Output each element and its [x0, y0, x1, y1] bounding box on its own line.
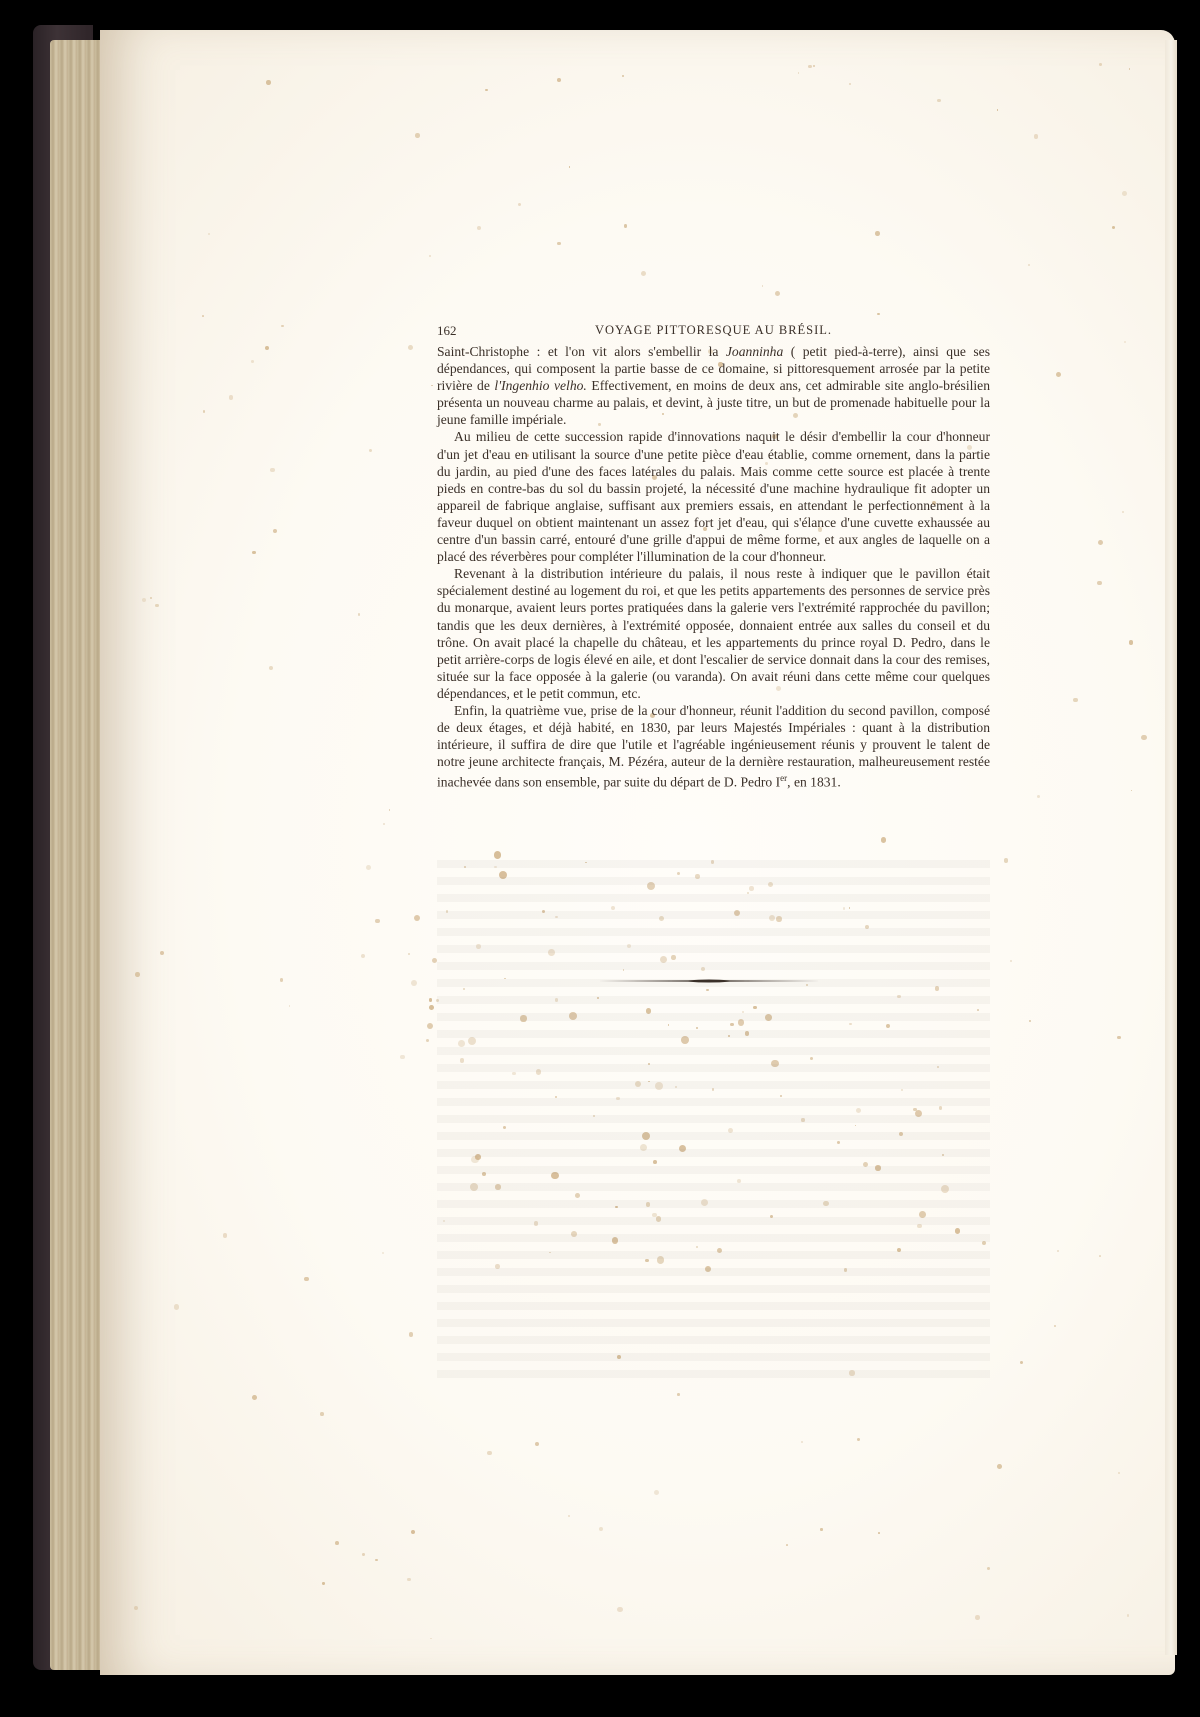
foxing-spot — [142, 598, 146, 602]
foxing-spot — [820, 1528, 822, 1530]
foxing-spot — [798, 72, 800, 74]
foxing-spot — [203, 410, 205, 412]
paragraph: Revenant à la distribution intérieure du… — [437, 565, 990, 702]
foxing-spot — [1020, 1361, 1023, 1364]
foxing-spot — [400, 1055, 405, 1060]
foxing-spot — [1127, 1614, 1130, 1617]
foxing-spot — [431, 385, 433, 387]
foxing-spot — [383, 823, 385, 825]
foxing-spot — [304, 1277, 309, 1282]
foxing-spot — [937, 99, 940, 102]
foxing-spot — [1098, 540, 1103, 545]
italic-text: Joanninha — [726, 344, 783, 359]
foxing-spot — [411, 980, 417, 986]
paragraph: Au milieu de cette succession rapide d'i… — [437, 428, 990, 565]
foxing-spot — [1097, 581, 1101, 585]
foxing-spot — [281, 325, 284, 328]
running-title: VOYAGE PITTORESQUE AU BRÉSIL. — [437, 322, 990, 339]
foxing-spot — [654, 1490, 659, 1495]
text-run: Au milieu de cette succession rapide d'i… — [437, 429, 990, 564]
body-paragraphs: Saint-Christophe : et l'on vit alors s'e… — [437, 343, 990, 791]
foxing-spot — [813, 65, 815, 67]
foxing-spot — [135, 972, 140, 977]
foxing-spot — [411, 1530, 415, 1534]
tail-ornament-rule — [598, 978, 820, 984]
foxing-spot — [1129, 640, 1133, 644]
foxing-spot — [557, 78, 561, 82]
foxing-spot — [362, 1553, 365, 1556]
foxing-spot — [335, 1541, 339, 1545]
paragraph: Saint-Christophe : et l'on vit alors s'e… — [437, 343, 990, 428]
foxing-spot — [677, 1393, 680, 1396]
foxing-spot — [1099, 1255, 1101, 1257]
foxing-spot — [1034, 134, 1038, 138]
foxing-spot — [641, 271, 646, 276]
show-through-text — [437, 860, 990, 1380]
foxing-spot — [849, 83, 851, 85]
foxing-spot — [252, 1395, 257, 1400]
foxing-spot — [174, 1304, 179, 1309]
foxing-spot — [1056, 372, 1061, 377]
foxing-spot — [322, 1582, 324, 1584]
foxing-spot — [320, 1412, 324, 1416]
foxing-spot — [382, 1252, 384, 1254]
foxing-spot — [599, 1527, 603, 1531]
foxing-spot — [1122, 511, 1124, 513]
foxing-spot — [878, 1532, 880, 1534]
foxing-spot — [808, 65, 811, 68]
foxing-spot — [407, 1578, 410, 1581]
foxing-spot — [487, 1451, 491, 1455]
foxing-spot — [786, 1544, 788, 1546]
foxing-spot — [877, 313, 879, 315]
foxing-spot — [494, 851, 501, 858]
foxing-spot — [1118, 1472, 1120, 1474]
book-page — [100, 30, 1175, 1675]
text-run: Saint-Christophe : et l'on vit alors s'e… — [437, 344, 726, 359]
foxing-spot — [429, 1005, 434, 1010]
text-run: Revenant à la distribution intérieure du… — [437, 566, 990, 701]
foxing-spot — [432, 958, 437, 963]
foxing-spot — [375, 919, 379, 923]
page-right-edge — [1165, 40, 1177, 1655]
foxing-spot — [408, 345, 413, 350]
foxing-spot — [358, 613, 360, 615]
foxing-spot — [1141, 735, 1146, 740]
foxing-spot — [134, 1606, 138, 1610]
text-run: , en 1831. — [787, 775, 841, 790]
foxing-spot — [1004, 858, 1009, 863]
foxing-spot — [1122, 191, 1127, 196]
foxing-spot — [477, 226, 481, 230]
text-block: 162 VOYAGE PITTORESQUE AU BRÉSIL. Saint-… — [437, 322, 990, 791]
running-head: 162 VOYAGE PITTORESQUE AU BRÉSIL. — [437, 322, 990, 342]
text-run: Enfin, la quatrième vue, prise de la cou… — [437, 703, 990, 790]
foxing-spot — [1099, 63, 1102, 66]
foxing-spot — [361, 954, 365, 958]
foxing-spot — [1124, 341, 1126, 343]
paragraph: Enfin, la quatrième vue, prise de la cou… — [437, 702, 990, 791]
foxing-spot — [1029, 1020, 1031, 1022]
foxing-spot — [266, 80, 270, 84]
foxing-spot — [270, 468, 274, 472]
foxing-spot — [251, 360, 254, 363]
foxing-spot — [975, 1615, 980, 1620]
foxing-spot — [1117, 1036, 1120, 1039]
italic-text: l'Ingenhio velho. — [494, 378, 586, 393]
foxing-spot — [252, 551, 255, 554]
foxing-spot — [202, 315, 204, 317]
foxing-spot — [622, 75, 624, 77]
foxing-spot — [429, 998, 433, 1002]
foxing-spot — [415, 133, 420, 138]
foxing-spot — [535, 1442, 539, 1446]
foxing-spot — [875, 231, 880, 236]
